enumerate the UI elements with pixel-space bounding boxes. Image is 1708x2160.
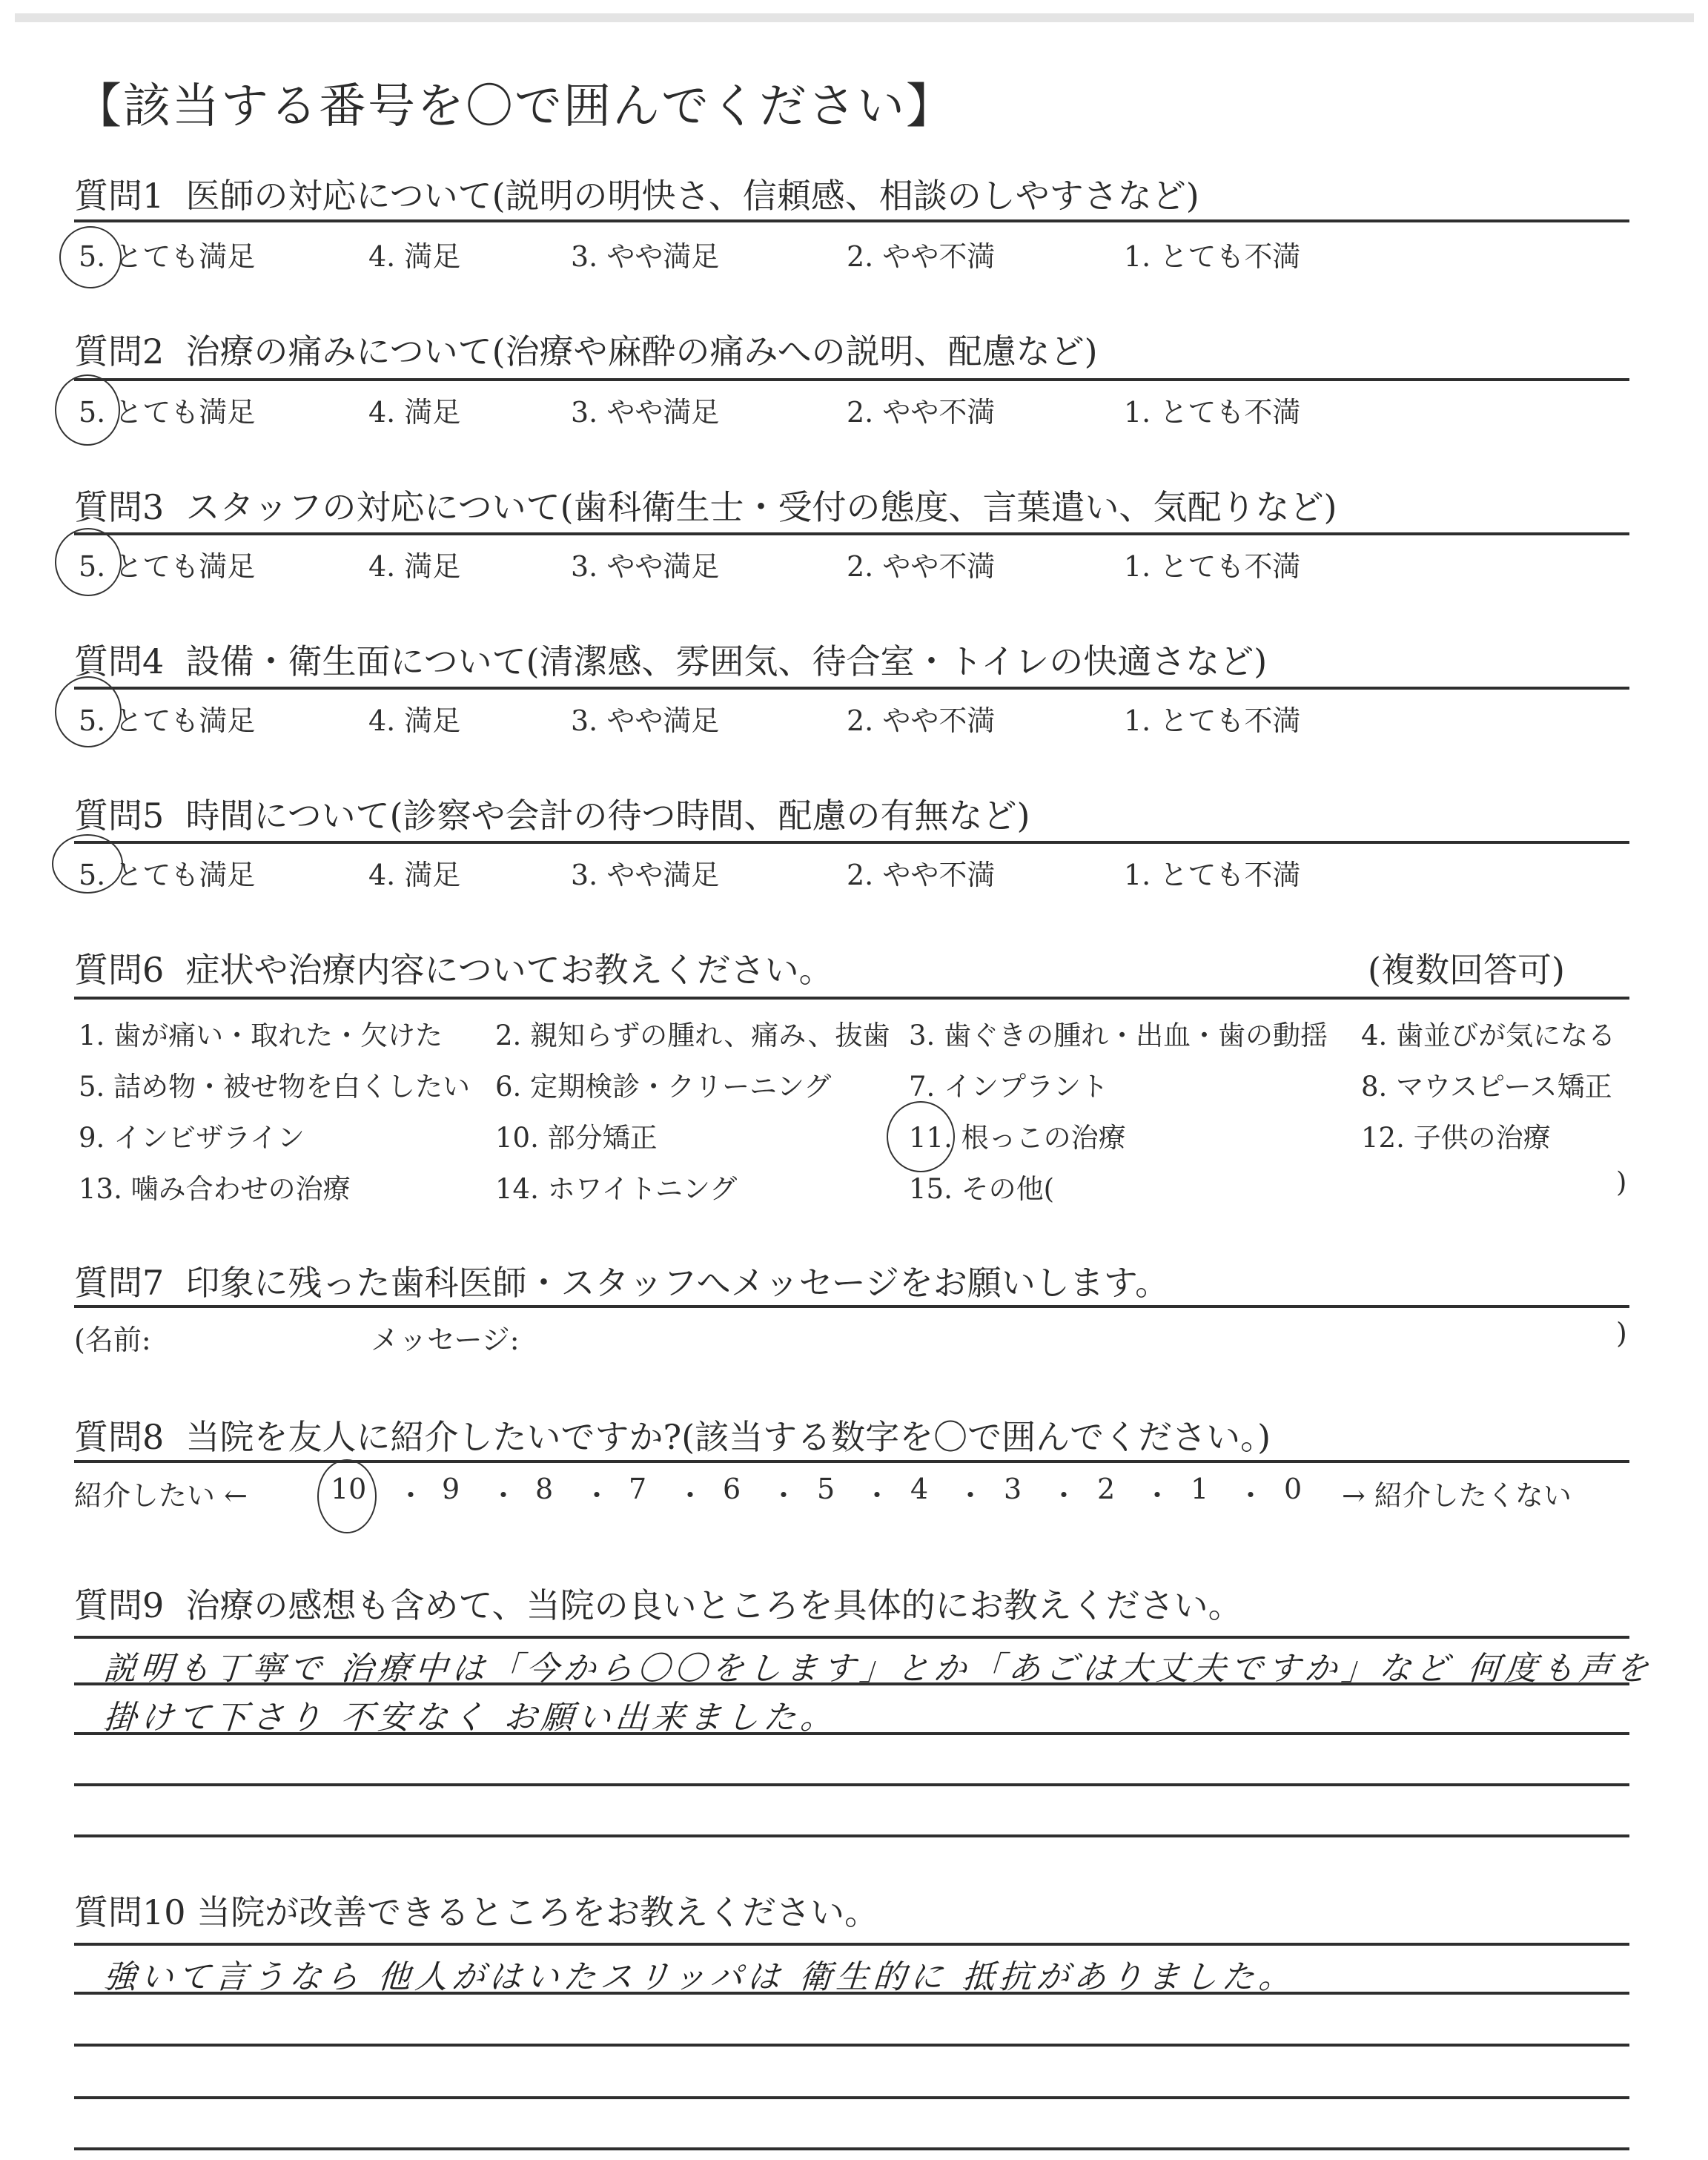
question-10-text: 当院が改善できるところをお教えください。	[196, 1892, 878, 1932]
q4-option-3[interactable]: 3. やや満足	[571, 698, 719, 739]
question-7-text: 印象に残った歯科医師・スタッフへメッセージをお願いします。	[186, 1263, 1170, 1303]
q10-line	[74, 2044, 1629, 2047]
question-9-label: 質問9	[74, 1585, 164, 1625]
separator-dot: ・	[1143, 1473, 1171, 1513]
scale-3[interactable]: 3	[1004, 1473, 1022, 1505]
q6-option-5[interactable]: 5. 詰め物・被せ物を白くしたい	[79, 1064, 470, 1104]
question-3-rule	[74, 532, 1629, 535]
q10-answer-line-1[interactable]: 強いて言うなら 他人がはいたスリッパは 衛生的に 抵抗がありました。	[102, 1950, 1298, 1998]
message-field[interactable]	[563, 1317, 1586, 1350]
q4-option-1[interactable]: 1. とても不満	[1124, 698, 1300, 739]
q6-option-3[interactable]: 3. 歯ぐきの腫れ・出血・歯の動揺	[909, 1013, 1328, 1053]
separator-dot: ・	[1237, 1473, 1265, 1513]
question-5-label: 質問5	[74, 796, 164, 836]
q6-option-4[interactable]: 4. 歯並びが気になる	[1361, 1013, 1615, 1053]
q10-line	[74, 2147, 1629, 2150]
q9-line	[74, 1783, 1629, 1786]
q4-option-4[interactable]: 4. 満足	[368, 698, 460, 739]
q6-option-2[interactable]: 2. 親知らずの腫れ、痛み、抜歯	[495, 1013, 890, 1053]
question-3-label: 質問3	[74, 487, 164, 527]
q6-option-10[interactable]: 10. 部分矯正	[495, 1115, 658, 1155]
question-1-label: 質問1	[74, 176, 164, 216]
scan-edge-bar	[15, 13, 1694, 22]
scale-5[interactable]: 5	[817, 1473, 835, 1505]
q6-option-13[interactable]: 13. 噛み合わせの治療	[79, 1166, 351, 1206]
question-7-rule	[74, 1305, 1629, 1308]
question-8-rule	[74, 1460, 1629, 1463]
q2-option-3[interactable]: 3. やや満足	[571, 389, 719, 430]
q6-option-9[interactable]: 9. インビザライン	[79, 1115, 305, 1155]
q3-option-1[interactable]: 1. とても不満	[1124, 544, 1300, 584]
scale-1[interactable]: 1	[1191, 1473, 1208, 1505]
question-7-label: 質問7	[74, 1263, 164, 1303]
question-8-title: 質問8 当院を友人に紹介したいですか?(該当する数字を〇で囲んでください。)	[74, 1410, 1271, 1459]
page-title: 【該当する番号を〇で囲んでください】	[74, 68, 955, 136]
question-1-title: 質問1 医師の対応について(説明の明快さ、信頼感、相談のしやすさなど)	[74, 169, 1199, 218]
question-1-text: 医師の対応について(説明の明快さ、信頼感、相談のしやすさなど)	[186, 176, 1199, 216]
q5-option-2[interactable]: 2. やや不満	[847, 852, 995, 893]
separator-dot: ・	[769, 1473, 798, 1513]
q6-option-12[interactable]: 12. 子供の治療	[1361, 1115, 1551, 1155]
scale-0[interactable]: 0	[1284, 1473, 1302, 1505]
recommend-right-label: → 紹介したくない	[1342, 1473, 1572, 1513]
q6-option-15-other[interactable]: 15. その他(	[909, 1166, 1054, 1206]
q6-option-1[interactable]: 1. 歯が痛い・取れた・欠けた	[79, 1013, 443, 1053]
name-field[interactable]	[222, 1317, 356, 1350]
q1-option-1[interactable]: 1. とても不満	[1124, 234, 1300, 274]
q2-option-2[interactable]: 2. やや不満	[847, 389, 995, 430]
q6-option-8[interactable]: 8. マウスピース矯正	[1361, 1064, 1612, 1104]
question-7-title: 質問7 印象に残った歯科医師・スタッフへメッセージをお願いします。	[74, 1256, 1169, 1305]
selection-circle-q4	[55, 676, 122, 747]
question-2-rule	[74, 378, 1629, 381]
question-9-text: 治療の感想も含めて、当院の良いところを具体的にお教えください。	[186, 1585, 1242, 1625]
scale-4[interactable]: 4	[910, 1473, 928, 1505]
question-4-text: 設備・衛生面について(清潔感、雰囲気、待合室・トイレの快適さなど)	[186, 641, 1268, 681]
q9-line	[74, 1682, 1629, 1685]
q5-option-4[interactable]: 4. 満足	[368, 852, 460, 893]
q6-option-7[interactable]: 7. インプラント	[909, 1064, 1108, 1104]
question-2-label: 質問2	[74, 331, 164, 371]
q10-line	[74, 2096, 1629, 2099]
q2-option-1[interactable]: 1. とても不満	[1124, 389, 1300, 430]
message-close-paren: )	[1616, 1317, 1627, 1350]
separator-dot: ・	[397, 1473, 425, 1513]
scale-8[interactable]: 8	[535, 1473, 553, 1505]
separator-dot: ・	[489, 1473, 517, 1513]
q1-option-4[interactable]: 4. 満足	[368, 234, 460, 274]
q5-option-1[interactable]: 1. とても不満	[1124, 852, 1300, 893]
scale-9[interactable]: 9	[442, 1473, 460, 1505]
q10-line	[74, 1943, 1629, 1946]
q4-option-2[interactable]: 2. やや不満	[847, 698, 995, 739]
name-label: (名前:	[74, 1317, 151, 1358]
scale-2[interactable]: 2	[1097, 1473, 1115, 1505]
selection-circle-q1	[59, 226, 122, 288]
q3-option-3[interactable]: 3. やや満足	[571, 544, 719, 584]
q9-line	[74, 1636, 1629, 1639]
question-8-label: 質問8	[74, 1417, 164, 1457]
separator-dot: ・	[1050, 1473, 1078, 1513]
question-10-label: 質問10	[74, 1892, 186, 1932]
question-6-title: 質問6 症状や治療内容についてお教えください。	[74, 943, 833, 992]
q9-line	[74, 1834, 1629, 1837]
q2-option-4[interactable]: 4. 満足	[368, 389, 460, 430]
question-2-text: 治療の痛みについて(治療や麻酔の痛みへの説明、配慮など)	[186, 331, 1098, 371]
message-label: メッセージ:	[371, 1317, 520, 1358]
q3-option-2[interactable]: 2. やや不満	[847, 544, 995, 584]
separator-dot: ・	[863, 1473, 891, 1513]
question-6-text: 症状や治療内容についてお教えください。	[186, 950, 833, 990]
question-4-rule	[74, 687, 1629, 690]
q10-line	[74, 1992, 1629, 1995]
scale-6[interactable]: 6	[723, 1473, 741, 1505]
selection-circle-q5	[52, 834, 123, 894]
q3-option-4[interactable]: 4. 満足	[368, 544, 460, 584]
selection-circle-q8-10	[317, 1459, 377, 1533]
question-6-label: 質問6	[74, 950, 164, 990]
question-2-title: 質問2 治療の痛みについて(治療や麻酔の痛みへの説明、配慮など)	[74, 325, 1098, 374]
question-4-title: 質問4 設備・衛生面について(清潔感、雰囲気、待合室・トイレの快適さなど)	[74, 635, 1267, 684]
selection-circle-q6-11	[887, 1101, 955, 1172]
q1-option-2[interactable]: 2. やや不満	[847, 234, 995, 274]
q9-line	[74, 1732, 1629, 1735]
q9-answer-line-2[interactable]: 掛けて下さり 不安なく お願い出来ました。	[102, 1691, 839, 1738]
scale-7[interactable]: 7	[629, 1473, 646, 1505]
selection-circle-q3	[55, 528, 122, 596]
question-6-rule	[74, 997, 1629, 1000]
q1-option-3[interactable]: 3. やや満足	[571, 234, 719, 274]
q6-other-close-paren: )	[1616, 1166, 1626, 1198]
recommend-left-label: 紹介したい ←	[74, 1473, 248, 1513]
q5-option-3[interactable]: 3. やや満足	[571, 852, 719, 893]
question-9-title: 質問9 治療の感想も含めて、当院の良いところを具体的にお教えください。	[74, 1579, 1242, 1628]
question-4-label: 質問4	[74, 641, 164, 681]
q6-option-14[interactable]: 14. ホワイトニング	[495, 1166, 737, 1206]
separator-dot: ・	[956, 1473, 984, 1513]
question-5-title: 質問5 時間について(診察や会計の待つ時間、配慮の有無など)	[74, 789, 1030, 838]
separator-dot: ・	[583, 1473, 611, 1513]
question-1-rule	[74, 219, 1629, 222]
question-5-rule	[74, 841, 1629, 844]
question-10-title: 質問10 当院が改善できるところをお教えください。	[74, 1886, 878, 1935]
question-3-text: スタッフの対応について(歯科衛生士・受付の態度、言葉遣い、気配りなど)	[186, 487, 1337, 527]
q6-option-6[interactable]: 6. 定期検診・クリーニング	[495, 1064, 831, 1104]
question-5-text: 時間について(診察や会計の待つ時間、配慮の有無など)	[186, 796, 1030, 836]
selection-circle-q2	[55, 374, 120, 446]
separator-dot: ・	[676, 1473, 704, 1513]
question-3-title: 質問3 スタッフの対応について(歯科衛生士・受付の態度、言葉遣い、気配りなど)	[74, 480, 1337, 529]
multiple-answers-note: (複数回答可)	[1368, 943, 1565, 992]
question-8-text: 当院を友人に紹介したいですか?(該当する数字を〇で囲んでください。)	[186, 1417, 1271, 1457]
